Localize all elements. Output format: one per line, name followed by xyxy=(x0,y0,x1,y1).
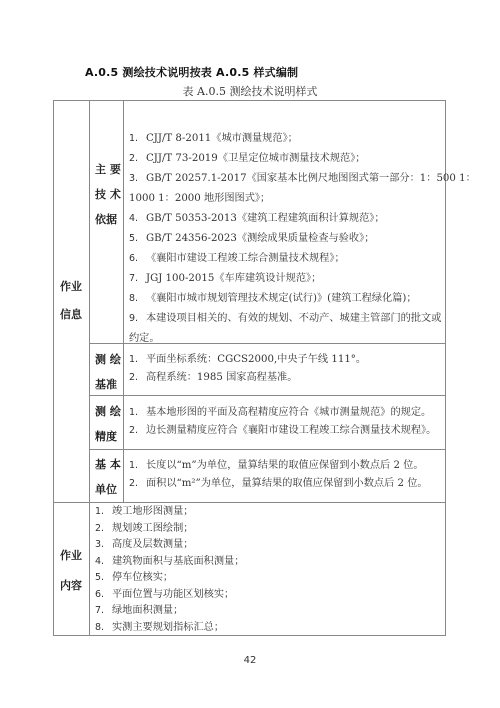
row-divider-precision xyxy=(89,449,446,450)
list-item-continuation: 1000 1：2000 地形图图式》； xyxy=(129,189,476,209)
list-item-continuation: 约定。 xyxy=(129,329,476,349)
list-item: 5.停车位核实； xyxy=(95,570,244,587)
row-divider-units xyxy=(54,502,446,503)
list-item: 1.竣工地形图测量； xyxy=(95,504,244,521)
list-item: 6.平面位置与功能区划核实； xyxy=(95,587,244,604)
list-item: 2.CJJ/T 73-2019《卫星定位城市测量技术规范》； xyxy=(129,149,476,169)
row-divider-datum xyxy=(89,395,446,396)
table-caption: 表 A.0.5 测绘技术说明样式 xyxy=(0,83,500,99)
work-content-list: 1.竣工地形图测量； 2.规划竣工图绘制； 3.高度及层数测量； 4.建筑物面积… xyxy=(95,504,244,636)
list-item: 4.建筑物面积与基底面积测量； xyxy=(95,554,244,571)
list-item: 1.长度以“m”为单位，量算结果的取值应保留到小数点后 2 位。 xyxy=(129,457,428,475)
group-label-work-info: 作业 信息 xyxy=(60,273,82,329)
basic-units-list: 1.长度以“m”为单位，量算结果的取值应保留到小数点后 2 位。 2.面积以“m… xyxy=(129,457,428,493)
list-item: 2.边长测量精度应符合《襄阳市建设工程竣工综合测量技术规程》。 xyxy=(129,422,436,440)
section-heading: A.0.5 测绘技术说明按表 A.0.5 样式编制 xyxy=(85,64,298,80)
list-item: 9.本建设项目相关的、有效的规划、不动产、城建主管部门的批文或 xyxy=(129,309,476,329)
list-item: 4.GB/T 50353-2013《建筑工程建筑面积计算规范》； xyxy=(129,209,476,229)
row-label-survey-precision: 测 绘 精度 xyxy=(95,399,121,449)
list-item: 7.JGJ 100-2015《车库建筑设计规范》； xyxy=(129,269,476,289)
page-number: 42 xyxy=(0,655,500,666)
column-divider-1-lower xyxy=(89,502,90,636)
list-item: 2.规划竣工图绘制； xyxy=(95,521,244,538)
group-label-work-content: 作业 内容 xyxy=(60,541,82,601)
list-item: 3.GB/T 20257.1-2017《国家基本比例尺地图图式第一部分：1：50… xyxy=(129,169,476,189)
list-item: 1.平面坐标系统：CGCS2000,中央子午线 111°。 xyxy=(129,351,366,369)
list-item: 2.高程系统：1985 国家高程基准。 xyxy=(129,369,366,387)
list-item: 8.实测主要规划指标汇总； xyxy=(95,620,244,637)
list-item: 7.绿地面积测量； xyxy=(95,603,244,620)
technical-description-table: 作业 信息 主 要 技 术 依据 1.CJJ/T 8-2011《城市测量规范》；… xyxy=(53,100,446,636)
list-item: 8.《襄阳市城市规划管理技术规定(试行)》(建筑工程绿化篇)； xyxy=(129,289,476,309)
list-item: 1.基本地形图的平面及高程精度应符合《城市测量规范》的规定。 xyxy=(129,404,436,422)
row-label-basic-units: 基 本 单位 xyxy=(95,452,121,502)
list-item: 1.CJJ/T 8-2011《城市测量规范》； xyxy=(129,129,476,149)
column-divider-2 xyxy=(123,101,124,502)
row-label-survey-datum: 测 绘 基准 xyxy=(95,347,121,397)
row-label-technical-basis: 主 要 技 术 依据 xyxy=(95,157,121,232)
list-item: 6.《襄阳市建设工程竣工综合测量技术规程》； xyxy=(129,249,476,269)
list-item: 5.GB/T 24356-2023《测绘成果质量检查与验收》； xyxy=(129,229,476,249)
list-item: 2.面积以“m²”为单位，量算结果的取值应保留到小数点后 2 位。 xyxy=(129,475,428,493)
list-item: 3.高度及层数测量； xyxy=(95,537,244,554)
survey-precision-list: 1.基本地形图的平面及高程精度应符合《城市测量规范》的规定。 2.边长测量精度应… xyxy=(129,404,436,440)
technical-basis-list: 1.CJJ/T 8-2011《城市测量规范》； 2.CJJ/T 73-2019《… xyxy=(129,129,476,349)
survey-datum-list: 1.平面坐标系统：CGCS2000,中央子午线 111°。 2.高程系统：198… xyxy=(129,351,366,387)
column-divider-1 xyxy=(89,101,90,502)
